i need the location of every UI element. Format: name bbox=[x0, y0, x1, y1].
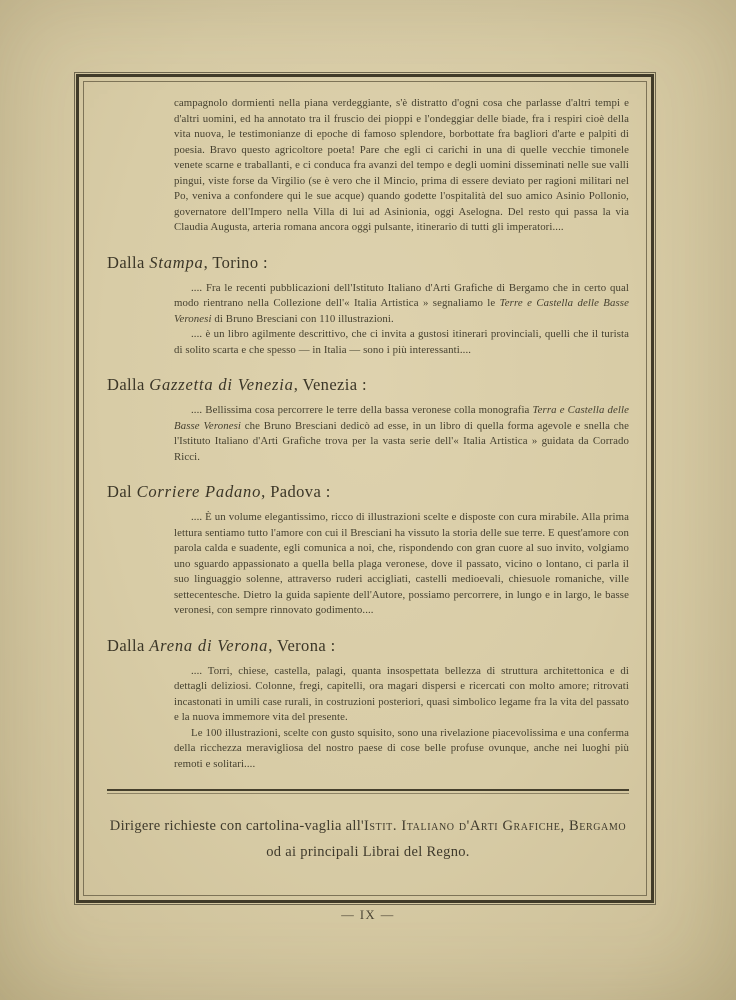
text-run: di Bruno Bresciani con 110 illustrazioni… bbox=[212, 313, 394, 325]
section-heading: Dalla Stampa, Torino : bbox=[107, 253, 629, 273]
page-content: campagnolo dormienti nella piana verdegg… bbox=[84, 82, 646, 895]
text-run: od ai principali Librai del Regno. bbox=[266, 844, 469, 860]
section-heading: Dalla Gazzetta di Venezia, Venezia : bbox=[107, 375, 629, 395]
text-run: Dalla bbox=[107, 253, 149, 272]
text-run: Dirigere richieste con cartolina-vaglia … bbox=[110, 818, 364, 834]
footer-divider-rule bbox=[107, 789, 629, 794]
page-border-frame-thick-rule: campagnolo dormienti nella piana verdegg… bbox=[76, 74, 654, 903]
intro-paragraph: campagnolo dormienti nella piana verdegg… bbox=[174, 96, 629, 236]
quote-paragraph: .... è un libro agilmente descrittivo, c… bbox=[174, 327, 629, 358]
ordering-note-line-2: od ai principali Librai del Regno. bbox=[107, 839, 629, 865]
text-run: .... è un libro agilmente descrittivo, c… bbox=[174, 328, 629, 356]
book-page: campagnolo dormienti nella piana verdegg… bbox=[0, 0, 736, 1000]
text-run: Dal bbox=[107, 482, 137, 501]
text-run: Dalla bbox=[107, 375, 149, 394]
press-review-section: Dal Corriere Padano, Padova :.... È un v… bbox=[107, 482, 629, 619]
quote-paragraph: .... È un volume elegantissimo, ricco di… bbox=[174, 510, 629, 619]
text-run: .... Torri, chiese, castella, palagi, qu… bbox=[174, 665, 629, 724]
text-run: , Venezia : bbox=[294, 375, 367, 394]
press-review-section: Dalla Arena di Verona, Verona :.... Torr… bbox=[107, 636, 629, 773]
text-run: , Verona : bbox=[268, 636, 335, 655]
text-run: , Torino : bbox=[204, 253, 268, 272]
italic-text-run: Gazzetta di Venezia bbox=[149, 375, 293, 394]
quote-paragraph: .... Torri, chiese, castella, palagi, qu… bbox=[174, 664, 629, 726]
italic-text-run: Arena di Verona bbox=[149, 636, 268, 655]
small-caps-text-run: Istit. Italiano d'Arti Grafiche, Bergamo bbox=[364, 818, 626, 834]
press-review-section: Dalla Gazzetta di Venezia, Venezia :....… bbox=[107, 375, 629, 465]
text-run: Le 100 illustrazioni, scelte con gusto s… bbox=[174, 727, 629, 770]
quote-paragraph: .... Bellissima cosa percorrere le terre… bbox=[174, 403, 629, 465]
press-review-section: Dalla Stampa, Torino :.... Fra le recent… bbox=[107, 253, 629, 359]
text-run: , Padova : bbox=[261, 482, 331, 501]
ordering-note-line-1: Dirigere richieste con cartolina-vaglia … bbox=[107, 813, 629, 839]
text-run: Dalla bbox=[107, 636, 149, 655]
italic-text-run: Stampa bbox=[149, 253, 203, 272]
page-border-frame: campagnolo dormienti nella piana verdegg… bbox=[74, 72, 656, 905]
quote-paragraph: .... Fra le recenti pubblicazioni dell'I… bbox=[174, 281, 629, 328]
text-run: campagnolo dormienti nella piana verdegg… bbox=[174, 97, 629, 233]
quote-paragraph: Le 100 illustrazioni, scelte con gusto s… bbox=[174, 726, 629, 773]
section-heading: Dalla Arena di Verona, Verona : bbox=[107, 636, 629, 656]
text-run: .... È un volume elegantissimo, ricco di… bbox=[174, 511, 629, 616]
section-heading: Dal Corriere Padano, Padova : bbox=[107, 482, 629, 502]
text-run: .... Bellissima cosa percorrere le terre… bbox=[191, 404, 533, 416]
page-number: — IX — bbox=[0, 908, 736, 923]
sections: Dalla Stampa, Torino :.... Fra le recent… bbox=[107, 253, 629, 773]
text-run: che Bruno Bresciani dedicò ad esse, in u… bbox=[174, 420, 629, 463]
italic-text-run: Corriere Padano bbox=[137, 482, 262, 501]
page-border-frame-inner-rule: campagnolo dormienti nella piana verdegg… bbox=[83, 81, 647, 896]
